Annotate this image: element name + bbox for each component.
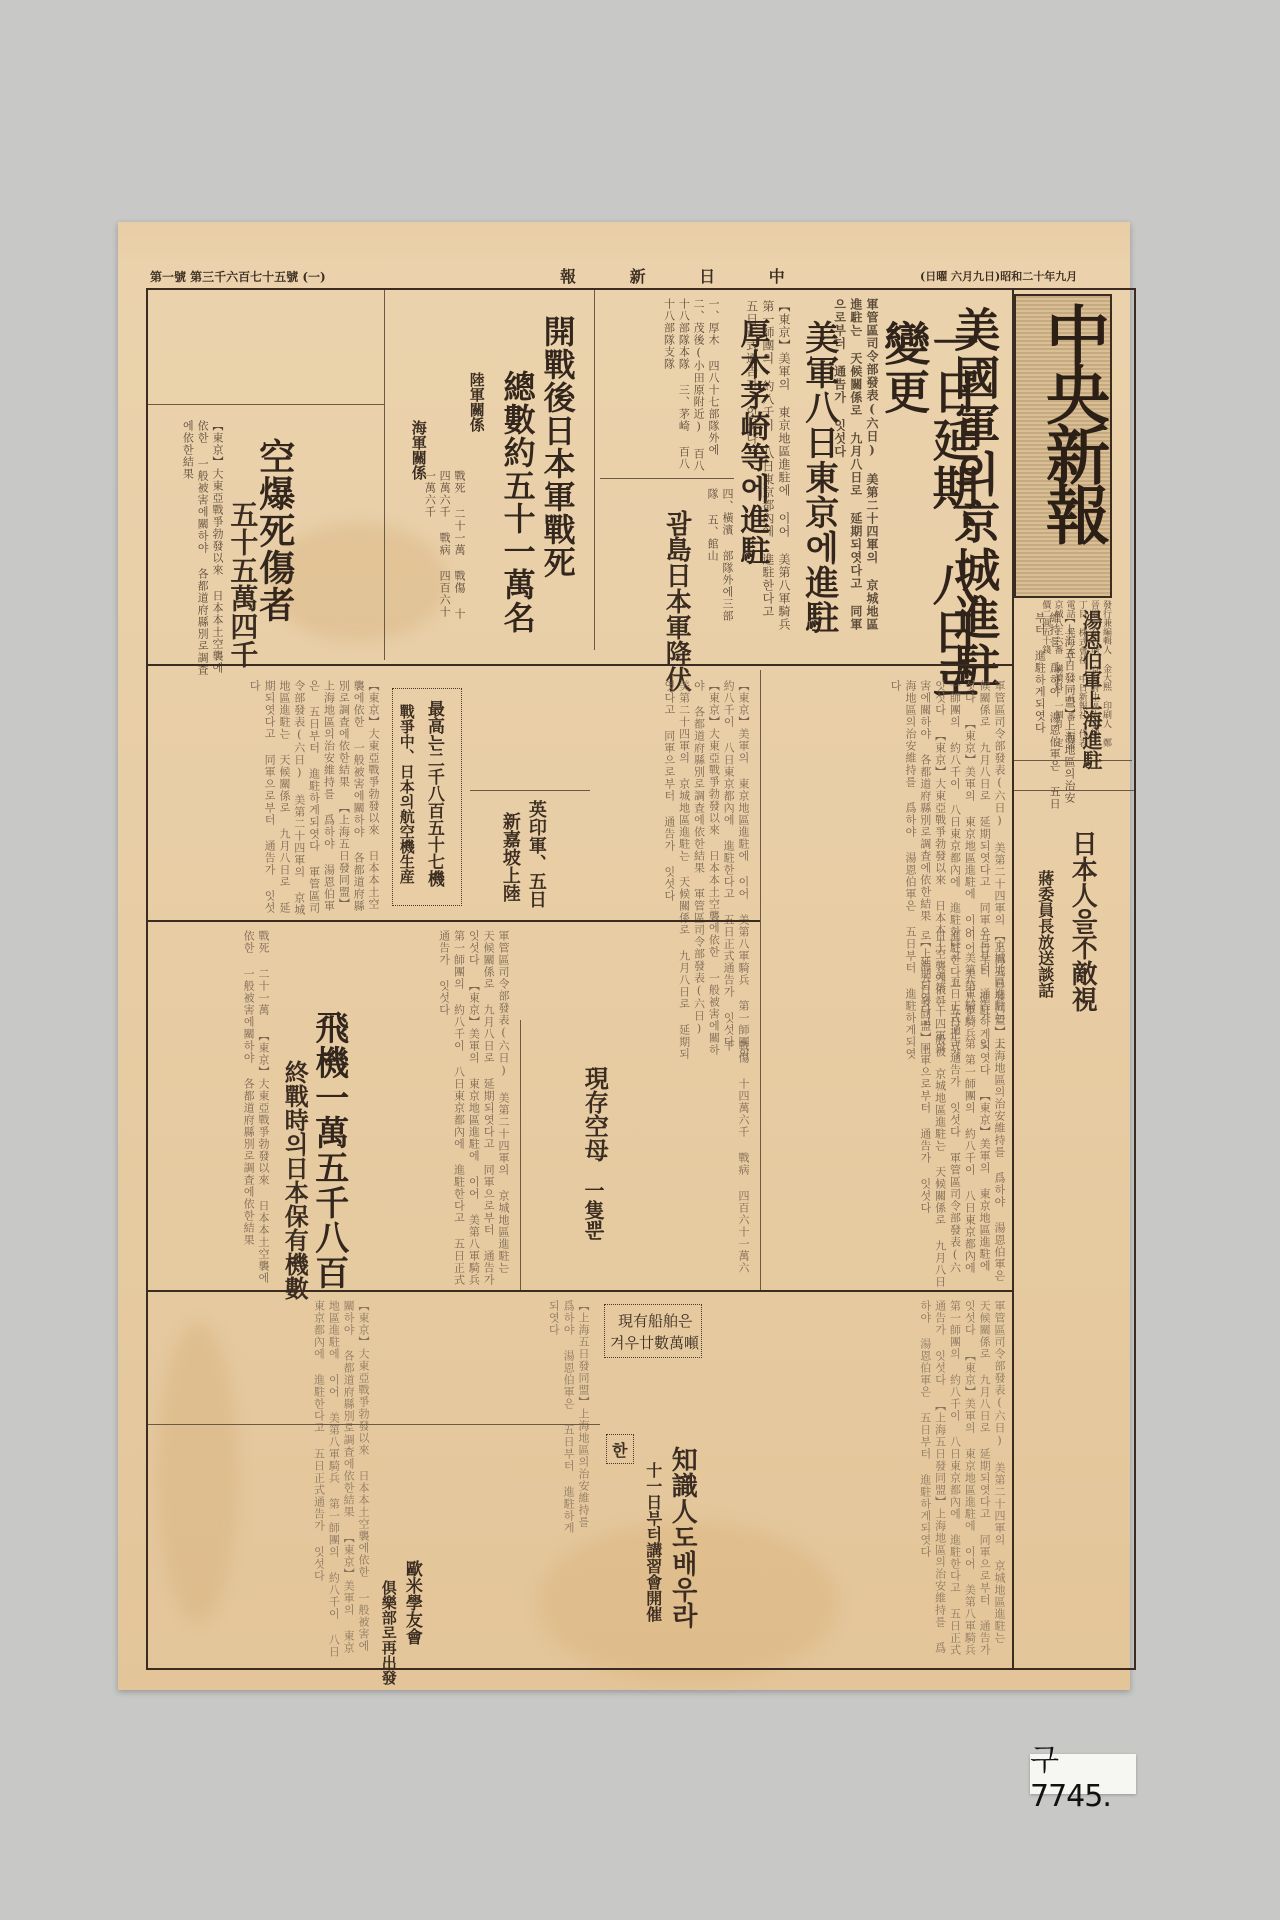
frame-left — [146, 288, 148, 1670]
army-figures: 戰死 二十一萬 戰傷 十四萬六千 戰病 四百六十一萬六千 — [430, 470, 466, 620]
rule — [148, 1424, 600, 1425]
tang-body: 【上海五日發同盟】上海地區의治安維持를 爲하야 湯恩伯軍은 五日부터 進駐하게되… — [1022, 612, 1076, 812]
masthead-column-rule — [1012, 290, 1014, 1670]
headline-singapore-1: 英印軍、五日 — [526, 800, 545, 920]
headline-singapore-2: 新嘉坡上陸 — [500, 812, 519, 932]
subhead-lecture: 十一日부터講習會開催 — [644, 1462, 661, 1672]
headline-club-1: 歐米學友會 — [402, 1560, 420, 1680]
carrier-figures: 戰傷 十四萬六千 戰病 四百六十一萬六千 — [620, 1040, 750, 1280]
rule — [148, 404, 384, 405]
headline-aircraft-1: 飛機一萬五千八百 — [310, 1010, 346, 1310]
headline-aircraft-max-1: 最高는二千八百五十七機 — [424, 700, 442, 900]
article-body: 【上海五日發同盟】上海地區의治安維持를 爲하야 湯恩伯軍은 五日부터 進駐하게되… — [430, 1300, 590, 1540]
section-rule — [148, 920, 760, 922]
header-rule — [146, 288, 1136, 290]
lead-text: 軍管區司令部發表(六日) 美第二十四軍의 京城地區進駐는 天候關係로 九月八日로… — [840, 298, 880, 638]
headline-war-dead-1: 開戰後日本軍戰死 — [540, 315, 574, 635]
article-body: 【上海五日發同盟】上海地區의治安維持를 爲하야 湯恩伯軍은 五日부터 進駐하게되… — [780, 930, 1006, 1290]
issue-number: 第一號 第三千六百七十五號 (一) — [150, 268, 326, 285]
section-army: 陸軍關係 — [468, 372, 484, 472]
headline-air-raid-2: 五十五萬四千 — [228, 500, 257, 680]
column-rule — [520, 1020, 521, 1290]
column-rule — [594, 290, 595, 650]
headline-air-raid-1: 空爆死傷者 — [255, 438, 293, 638]
headline-aircraft-max-2: 戰爭中、日本의航空機生産 — [398, 704, 414, 904]
frame-right — [1134, 288, 1136, 1670]
headline-carrier-2: 一隻뿐 — [582, 1180, 603, 1280]
headline-main-2: 一日延期、八日로變更 — [880, 320, 977, 740]
article-body: 軍管區司令部發表(六日) 美第二十四軍의 京城地區進駐는 天候關係로 九月八日로… — [720, 1300, 1006, 1660]
article-body: 戰死 二十一萬 【東京】大東亞戰爭勃發以來 日本本土空襲에依한 一般被害에關하야… — [160, 930, 270, 1290]
headline-club-2: 俱樂部로再出發 — [380, 1580, 396, 1700]
article-body: 【東京】大東亞戰爭勃發以來 日本本土空襲에依한 一般被害에關하야 各都道府縣別로… — [160, 680, 380, 920]
archive-label: 구7745. — [1030, 1754, 1136, 1794]
headline-lecture: 知識人도배우라 — [668, 1446, 695, 1646]
atsugi-list: 一、厚木 四八十七部隊外에 二、茂後(小田原附近) 百八十八部隊本隊 三、茅崎 … — [600, 298, 720, 474]
atsugi-list-2: 四、橫濱 部隊外에三部隊 五、館山 — [690, 488, 734, 628]
rule — [470, 790, 590, 791]
headline-tang: 湯恩伯軍上海進駐 — [1080, 610, 1101, 820]
headline-atsugi: 厚木茅崎等에進駐 — [736, 318, 768, 638]
headline-japanese: 日本人을不敵視 — [1068, 830, 1095, 1070]
header-title: 報 新 日 中 — [560, 264, 809, 287]
ships-line-2: 겨우廿數萬噸 — [610, 1332, 699, 1353]
article-body: 軍管區司令部發表(六日) 美第二十四軍의 京城地區進駐는 天候關係로 九月八日로… — [360, 930, 510, 1290]
headline-war-dead-2: 總數約五十一萬名 — [500, 370, 534, 670]
article-body: 【東京】大東亞戰爭勃發以來 日本本土空襲에依한 一般被害에關하야 各都道府縣別로… — [160, 1300, 370, 1660]
headline-aircraft-2: 終戰時의日本保有機數 — [282, 1060, 307, 1300]
column-rule — [760, 670, 761, 1290]
footer-rule — [148, 1668, 1136, 1670]
issue-date: (日曜 六月九日)昭和二十年九月 — [920, 268, 1077, 284]
ships-line-1: 現有船舶은 — [618, 1310, 693, 1331]
rule — [600, 478, 734, 479]
rule — [1014, 790, 1134, 791]
section-rule — [148, 664, 1014, 666]
masthead: 中央新報 — [1014, 294, 1112, 598]
article-body: 【東京】美軍의 東京地區進駐에 이어 美第八軍騎兵 第一師團의 約八千이 八日東… — [590, 680, 750, 1060]
tag-han: 한 — [612, 1438, 627, 1461]
headline-tokyo: 美軍八日東京에進駐 — [800, 320, 836, 640]
air-raid-body: 【東京】大東亞戰爭勃發以來 日本本土空襲에依한 一般被害에關하야 各都道府縣別로… — [160, 420, 224, 680]
subhead-japanese: 蔣委員長放送談話 — [1036, 870, 1053, 1070]
column-rule — [384, 290, 385, 660]
section-rule — [148, 1290, 1012, 1292]
masthead-title: 中央新報 — [1026, 302, 1118, 542]
